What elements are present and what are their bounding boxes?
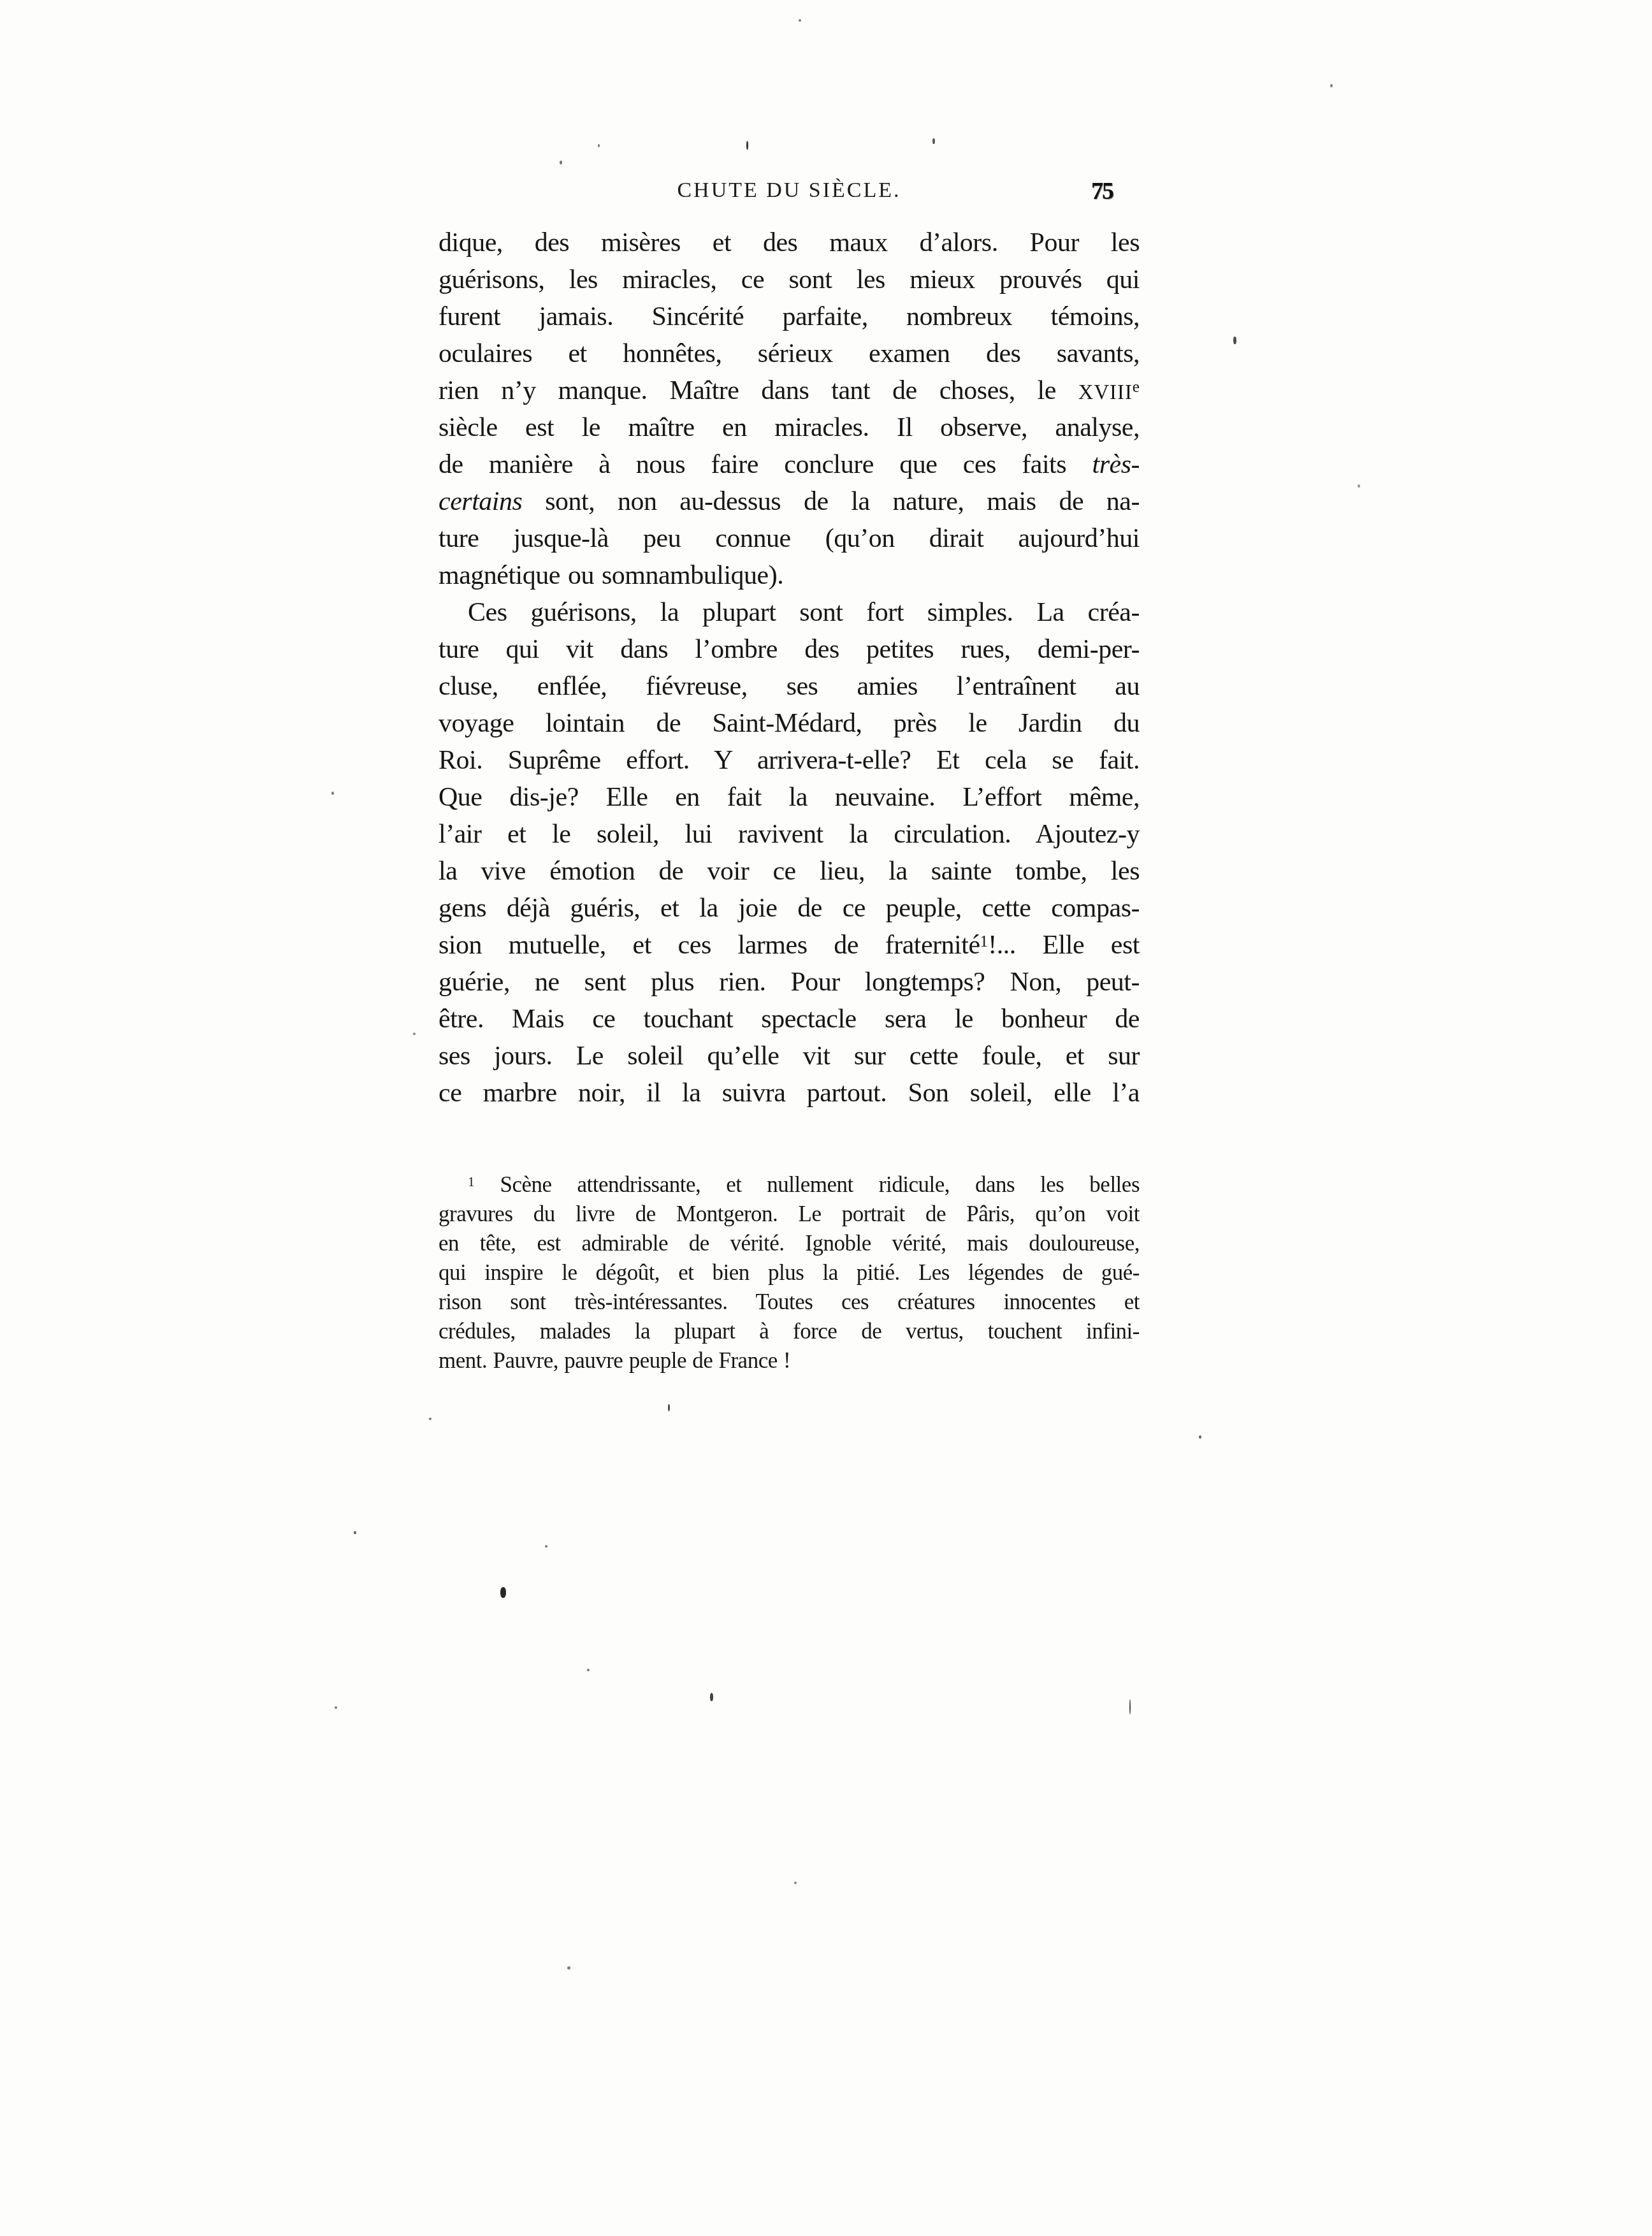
- text-line: ce marbre noir, il la suivra partout. So…: [438, 1075, 1140, 1112]
- text-segment: guérisons, les miracles, ce sont les mie…: [438, 265, 1140, 294]
- scan-speck: [354, 1531, 356, 1534]
- text-segment: sont, non au-dessus de la nature, mais d…: [522, 487, 1140, 516]
- text-line: ses jours. Le soleil qu’elle vit sur cet…: [438, 1038, 1140, 1075]
- scan-speck: [500, 1587, 506, 1598]
- text-segment: ture jusque-là peu connue (qu’on dirait …: [438, 524, 1140, 553]
- text-segment: l’air et le soleil, lui ravivent la circ…: [438, 820, 1140, 849]
- text-line: gravures du livre de Montgeron. Le portr…: [438, 1200, 1140, 1229]
- text-line: oculaires et honnêtes, sérieux examen de…: [438, 335, 1140, 372]
- text-segment: voyage lointain de Saint-Médard, près le…: [438, 709, 1140, 738]
- text-line: furent jamais. Sincérité parfaite, nombr…: [438, 298, 1140, 335]
- text-line: dique, des misères et des maux d’alors. …: [438, 224, 1140, 261]
- scanned-book-page: CHUTE DU SIÈCLE. 75 dique, des misères e…: [0, 0, 1652, 2236]
- footnote-reference: 1: [468, 1174, 475, 1189]
- footnote-reference: 1: [980, 933, 989, 950]
- text-segment: gravures du livre de Montgeron. Le portr…: [438, 1201, 1140, 1226]
- scan-speck: [331, 792, 334, 795]
- text-line: Que dis-je? Elle en fait la neuvaine. L’…: [438, 779, 1140, 816]
- scan-speck: [429, 1418, 431, 1420]
- scan-speck: [1358, 484, 1360, 488]
- text-line: crédules, malades la plupart à force de …: [438, 1317, 1140, 1346]
- scan-speck: [746, 141, 748, 150]
- scan-speck: [335, 1706, 337, 1709]
- text-line: 1 Scène attendrissante, et nullement rid…: [438, 1170, 1140, 1200]
- text-line: siècle est le maître en miracles. Il obs…: [438, 409, 1140, 446]
- scan-speck: [668, 1404, 670, 1411]
- text-segment: certains: [438, 487, 522, 516]
- text-segment: Que dis-je? Elle en fait la neuvaine. L’…: [438, 783, 1140, 812]
- text-segment: siècle est le maître en miracles. Il obs…: [438, 413, 1140, 442]
- scan-speck: [1129, 1699, 1131, 1715]
- page-number: 75: [1091, 177, 1113, 205]
- text-line: voyage lointain de Saint-Médard, près le…: [438, 705, 1140, 742]
- scan-speck: [1330, 84, 1333, 87]
- text-segment: !... Elle est: [988, 931, 1140, 960]
- scan-speck: [560, 161, 562, 164]
- text-segment: guérie, ne sent plus rien. Pour longtemp…: [438, 968, 1140, 997]
- text-segment: gens déjà guéris, et la joie de ce peupl…: [438, 894, 1140, 923]
- scan-speck: [799, 19, 801, 22]
- text-segment: ture qui vit dans l’ombre des petites ru…: [438, 635, 1140, 664]
- text-line: magnétique ou somnambulique).: [438, 557, 1140, 594]
- scan-speck: [932, 138, 935, 144]
- text-segment: être. Mais ce touchant spectacle sera le…: [438, 1005, 1140, 1034]
- text-line: l’air et le soleil, lui ravivent la circ…: [438, 816, 1140, 853]
- text-line: de manière à nous faire conclure que ces…: [438, 446, 1140, 483]
- text-line: cluse, enflée, fiévreuse, ses amies l’en…: [438, 668, 1140, 705]
- text-segment: dique, des misères et des maux d’alors. …: [438, 228, 1140, 258]
- text-segment: cluse, enflée, fiévreuse, ses amies l’en…: [438, 672, 1140, 701]
- text-segment: Scène attendrissante, et nullement ridic…: [475, 1172, 1140, 1197]
- text-segment: XVIII: [1078, 381, 1133, 404]
- text-line: guérisons, les miracles, ce sont les mie…: [438, 261, 1140, 298]
- scan-speck: [1233, 337, 1236, 344]
- text-segment: sion mutuelle, et ces larmes de fraterni…: [438, 931, 980, 960]
- scan-speck: [413, 1033, 416, 1035]
- text-segment: ce marbre noir, il la suivra partout. So…: [438, 1078, 1140, 1108]
- main-text-block: dique, des misères et des maux d’alors. …: [438, 224, 1140, 1112]
- text-line: Roi. Suprême effort. Y arrivera-t-elle? …: [438, 742, 1140, 779]
- text-line: qui inspire le dégoût, et bien plus la p…: [438, 1258, 1140, 1288]
- text-segment: furent jamais. Sincérité parfaite, nombr…: [438, 302, 1140, 331]
- text-segment: qui inspire le dégoût, et bien plus la p…: [438, 1260, 1140, 1285]
- text-segment: ses jours. Le soleil qu’elle vit sur cet…: [438, 1042, 1140, 1071]
- text-line: guérie, ne sent plus rien. Pour longtemp…: [438, 964, 1140, 1001]
- text-line: ture jusque-là peu connue (qu’on dirait …: [438, 520, 1140, 557]
- scan-speck: [794, 1882, 797, 1884]
- text-line: en tête, est admirable de vérité. Ignobl…: [438, 1229, 1140, 1258]
- text-line: la vive émotion de voir ce lieu, la sain…: [438, 853, 1140, 890]
- text-segment: oculaires et honnêtes, sérieux examen de…: [438, 339, 1140, 368]
- text-line: ment. Pauvre, pauvre peuple de France !: [438, 1346, 1140, 1376]
- text-line: être. Mais ce touchant spectacle sera le…: [438, 1001, 1140, 1038]
- text-line: certains sont, non au-dessus de la natur…: [438, 483, 1140, 520]
- footnote-block: 1 Scène attendrissante, et nullement rid…: [438, 1170, 1140, 1376]
- text-segment: crédules, malades la plupart à force de …: [438, 1319, 1140, 1344]
- running-header: CHUTE DU SIÈCLE. 75: [438, 178, 1140, 207]
- scan-speck: [545, 1545, 547, 1548]
- text-segment: la vive émotion de voir ce lieu, la sain…: [438, 857, 1140, 886]
- scan-speck: [587, 1669, 590, 1671]
- text-segment: rison sont très-intéressantes. Toutes ce…: [438, 1289, 1140, 1314]
- scan-speck: [1199, 1435, 1201, 1439]
- text-line: Ces guérisons, la plupart sont fort simp…: [438, 594, 1140, 631]
- footnote-reference: e: [1133, 379, 1140, 396]
- text-line: rison sont très-intéressantes. Toutes ce…: [438, 1288, 1140, 1317]
- text-line: sion mutuelle, et ces larmes de fraterni…: [438, 927, 1140, 964]
- text-segment: rien n’y manque. Maître dans tant de cho…: [438, 376, 1078, 405]
- scan-speck: [567, 1966, 570, 1970]
- text-segment: magnétique ou somnambulique).: [438, 561, 783, 590]
- text-segment: en tête, est admirable de vérité. Ignobl…: [438, 1231, 1140, 1256]
- scan-speck: [598, 144, 600, 147]
- text-segment: Roi. Suprême effort. Y arrivera-t-elle? …: [438, 746, 1140, 775]
- text-segment: ment. Pauvre, pauvre peuple de France !: [438, 1348, 790, 1373]
- text-segment: de manière à nous faire conclure que ces…: [438, 450, 1092, 479]
- text-segment: très-: [1092, 450, 1140, 479]
- running-title: CHUTE DU SIÈCLE.: [438, 178, 1140, 203]
- text-line: gens déjà guéris, et la joie de ce peupl…: [438, 890, 1140, 927]
- scan-speck: [710, 1693, 713, 1701]
- text-line: rien n’y manque. Maître dans tant de cho…: [438, 372, 1140, 409]
- text-segment: Ces guérisons, la plupart sont fort simp…: [468, 598, 1140, 627]
- text-line: ture qui vit dans l’ombre des petites ru…: [438, 631, 1140, 668]
